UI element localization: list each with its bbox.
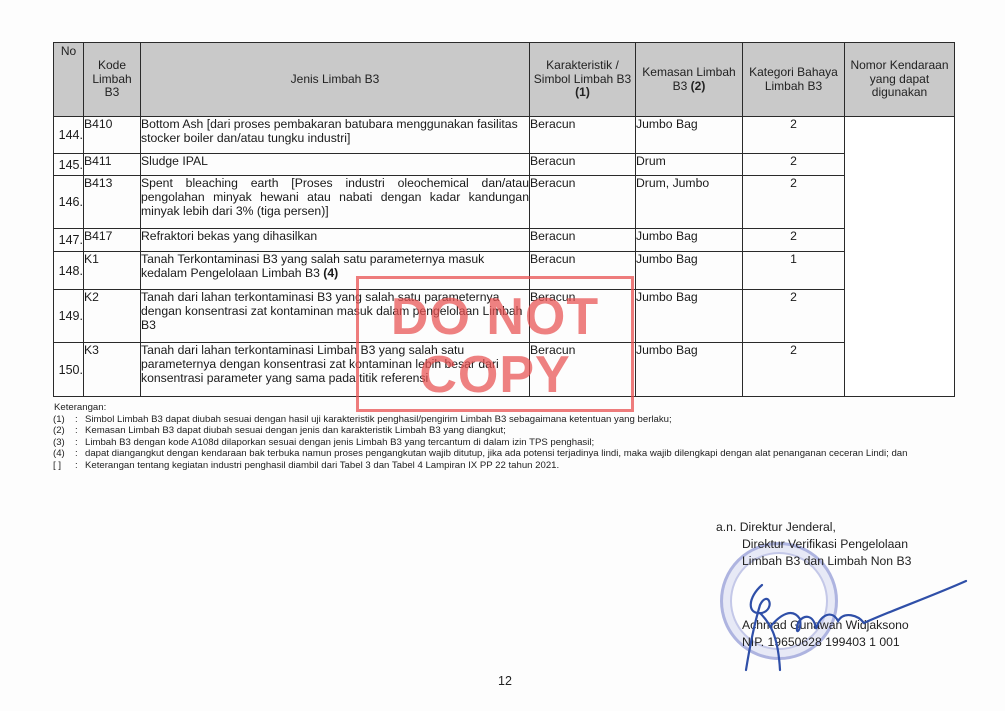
note-item: (1):Simbol Limbah B3 dapat diubah sesuai… (53, 414, 978, 426)
waste-code: B413 (84, 176, 141, 229)
signatory-name: Achmad Gunawan Widjaksono (716, 617, 976, 634)
note-marker: [ ] (53, 460, 75, 472)
characteristic: Beracun (530, 290, 636, 343)
waste-code: K1 (84, 252, 141, 290)
waste-code: K3 (84, 343, 141, 397)
waste-type: Refraktori bekas yang dihasilkan (141, 229, 530, 252)
packaging: Drum, Jumbo (636, 176, 743, 229)
header-kode: Kode Limbah B3 (84, 43, 141, 117)
waste-code: K2 (84, 290, 141, 343)
waste-type: Tanah dari lahan terkontaminasi Limbah B… (141, 343, 530, 397)
table-row: 146.B413Spent bleaching earth [Proses in… (54, 176, 955, 229)
signature-position-line-1: Direktur Verifikasi Pengelolaan (716, 536, 976, 553)
note-text: Limbah B3 dengan kode A108d dilaporkan s… (85, 437, 978, 449)
header-nomor-kendaraan: Nomor Kendaraan yang dapat digunakan (845, 43, 955, 117)
header-karakteristik: Karakteristik / Simbol Limbah B3 (1) (530, 43, 636, 117)
characteristic: Beracun (530, 252, 636, 290)
note-marker: (3) (53, 437, 75, 449)
characteristic: Beracun (530, 343, 636, 397)
row-number: 147. (54, 229, 84, 252)
note-text: Kemasan Limbah B3 dapat diubah sesuai de… (85, 425, 978, 437)
header-karakteristik-ref: (1) (575, 85, 590, 99)
note-separator: : (75, 437, 85, 449)
page-number: 12 (498, 674, 512, 688)
table-row: 150.K3Tanah dari lahan terkontaminasi Li… (54, 343, 955, 397)
note-text: dapat diangangkut dengan kendaraan bak t… (85, 448, 978, 460)
signature-on-behalf: a.n. Direktur Jenderal, (716, 519, 976, 536)
notes-section: Keterangan: (1):Simbol Limbah B3 dapat d… (53, 402, 978, 472)
waste-code: B410 (84, 117, 141, 154)
note-item: (4):dapat diangangkut dengan kendaraan b… (53, 448, 978, 460)
document-page: No Kode Limbah B3 Jenis Limbah B3 Karakt… (0, 0, 1005, 711)
note-separator: : (75, 448, 85, 460)
table-row: 147.B417Refraktori bekas yang dihasilkan… (54, 229, 955, 252)
note-marker: (4) (53, 448, 75, 460)
waste-type-reference: (4) (323, 266, 338, 280)
hazard-category: 2 (743, 154, 845, 176)
hazard-category: 2 (743, 343, 845, 397)
characteristic: Beracun (530, 176, 636, 229)
waste-type-text: Tanah Terkontaminasi B3 yang salah satu … (141, 252, 484, 280)
packaging: Jumbo Bag (636, 117, 743, 154)
table-row: 145.B411Sludge IPALBeracunDrum2 (54, 154, 955, 176)
hazard-category: 2 (743, 290, 845, 343)
note-separator: : (75, 460, 85, 472)
characteristic: Beracun (530, 154, 636, 176)
vehicle-number-cell (845, 117, 955, 397)
note-marker: (1) (53, 414, 75, 426)
packaging: Jumbo Bag (636, 252, 743, 290)
waste-type: Tanah dari lahan terkontaminasi B3 yang … (141, 290, 530, 343)
row-number: 145. (54, 154, 84, 176)
notes-list: (1):Simbol Limbah B3 dapat diubah sesuai… (53, 414, 978, 472)
waste-type-text: Sludge IPAL (141, 154, 208, 168)
table-row: 149.K2Tanah dari lahan terkontaminasi B3… (54, 290, 955, 343)
signatory-nip: NIP. 19650628 199403 1 001 (716, 634, 976, 651)
waste-table: No Kode Limbah B3 Jenis Limbah B3 Karakt… (53, 42, 955, 397)
hazard-category: 2 (743, 176, 845, 229)
hazard-category: 2 (743, 117, 845, 154)
signature-position-line-2: Limbah B3 dan Limbah Non B3 (716, 553, 976, 570)
header-kemasan-ref: (2) (691, 79, 706, 93)
packaging: Jumbo Bag (636, 343, 743, 397)
header-no: No (54, 43, 84, 117)
waste-type: Spent bleaching earth [Proses industri o… (141, 176, 530, 229)
waste-type-text: Tanah dari lahan terkontaminasi Limbah B… (141, 343, 499, 385)
row-number: 150. (54, 343, 84, 397)
table-row: 144.B410Bottom Ash [dari proses pembakar… (54, 117, 955, 154)
waste-type: Bottom Ash [dari proses pembakaran batub… (141, 117, 530, 154)
header-karakteristik-label: Karakteristik / Simbol Limbah B3 (534, 58, 631, 86)
packaging: Jumbo Bag (636, 290, 743, 343)
waste-type: Sludge IPAL (141, 154, 530, 176)
table-header-row: No Kode Limbah B3 Jenis Limbah B3 Karakt… (54, 43, 955, 117)
waste-code: B417 (84, 229, 141, 252)
note-marker: (2) (53, 425, 75, 437)
note-item: (3):Limbah B3 dengan kode A108d dilapork… (53, 437, 978, 449)
table-row: 148.K1Tanah Terkontaminasi B3 yang salah… (54, 252, 955, 290)
hazard-category: 1 (743, 252, 845, 290)
note-separator: : (75, 425, 85, 437)
header-kemasan-label: Kemasan Limbah B3 (642, 65, 735, 93)
waste-type-text: Refraktori bekas yang dihasilkan (141, 229, 317, 243)
row-number: 149. (54, 290, 84, 343)
packaging: Drum (636, 154, 743, 176)
note-text: Keterangan tentang kegiatan industri pen… (85, 460, 978, 472)
waste-type-text: Tanah dari lahan terkontaminasi B3 yang … (141, 290, 522, 332)
characteristic: Beracun (530, 117, 636, 154)
header-kemasan: Kemasan Limbah B3 (2) (636, 43, 743, 117)
hazard-category: 2 (743, 229, 845, 252)
note-item: (2):Kemasan Limbah B3 dapat diubah sesua… (53, 425, 978, 437)
table-body: 144.B410Bottom Ash [dari proses pembakar… (54, 117, 955, 397)
waste-code: B411 (84, 154, 141, 176)
notes-title: Keterangan: (53, 402, 978, 414)
signature-block: a.n. Direktur Jenderal, Direktur Verifik… (716, 519, 976, 651)
characteristic: Beracun (530, 229, 636, 252)
header-kategori: Kategori Bahaya Limbah B3 (743, 43, 845, 117)
waste-type: Tanah Terkontaminasi B3 yang salah satu … (141, 252, 530, 290)
row-number: 146. (54, 176, 84, 229)
packaging: Jumbo Bag (636, 229, 743, 252)
note-separator: : (75, 414, 85, 426)
row-number: 144. (54, 117, 84, 154)
note-item: [ ]:Keterangan tentang kegiatan industri… (53, 460, 978, 472)
note-text: Simbol Limbah B3 dapat diubah sesuai den… (85, 414, 978, 426)
waste-type-text: Bottom Ash [dari proses pembakaran batub… (141, 117, 518, 145)
row-number: 148. (54, 252, 84, 290)
header-jenis: Jenis Limbah B3 (141, 43, 530, 117)
waste-type-text: Spent bleaching earth [Proses industri o… (141, 176, 529, 218)
